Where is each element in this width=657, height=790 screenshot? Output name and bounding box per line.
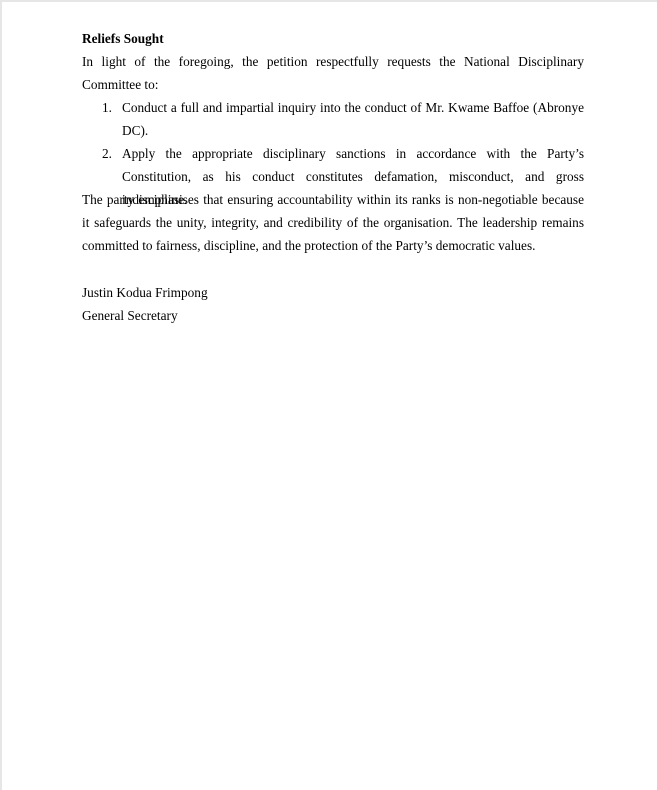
relief-number: 2. bbox=[102, 142, 112, 165]
relief-number: 1. bbox=[102, 96, 112, 119]
closing-paragraph: The party emphasises that ensuring accou… bbox=[82, 188, 584, 257]
relief-text: Conduct a full and impartial inquiry int… bbox=[122, 100, 584, 138]
section-heading: Reliefs Sought bbox=[82, 31, 164, 47]
signatory-name: Justin Kodua Frimpong bbox=[82, 283, 208, 303]
document-page: Reliefs Sought In light of the foregoing… bbox=[2, 2, 657, 790]
intro-paragraph: In light of the foregoing, the petition … bbox=[82, 50, 584, 96]
signatory-title: General Secretary bbox=[82, 306, 178, 326]
relief-item: 1. Conduct a full and impartial inquiry … bbox=[82, 96, 584, 142]
